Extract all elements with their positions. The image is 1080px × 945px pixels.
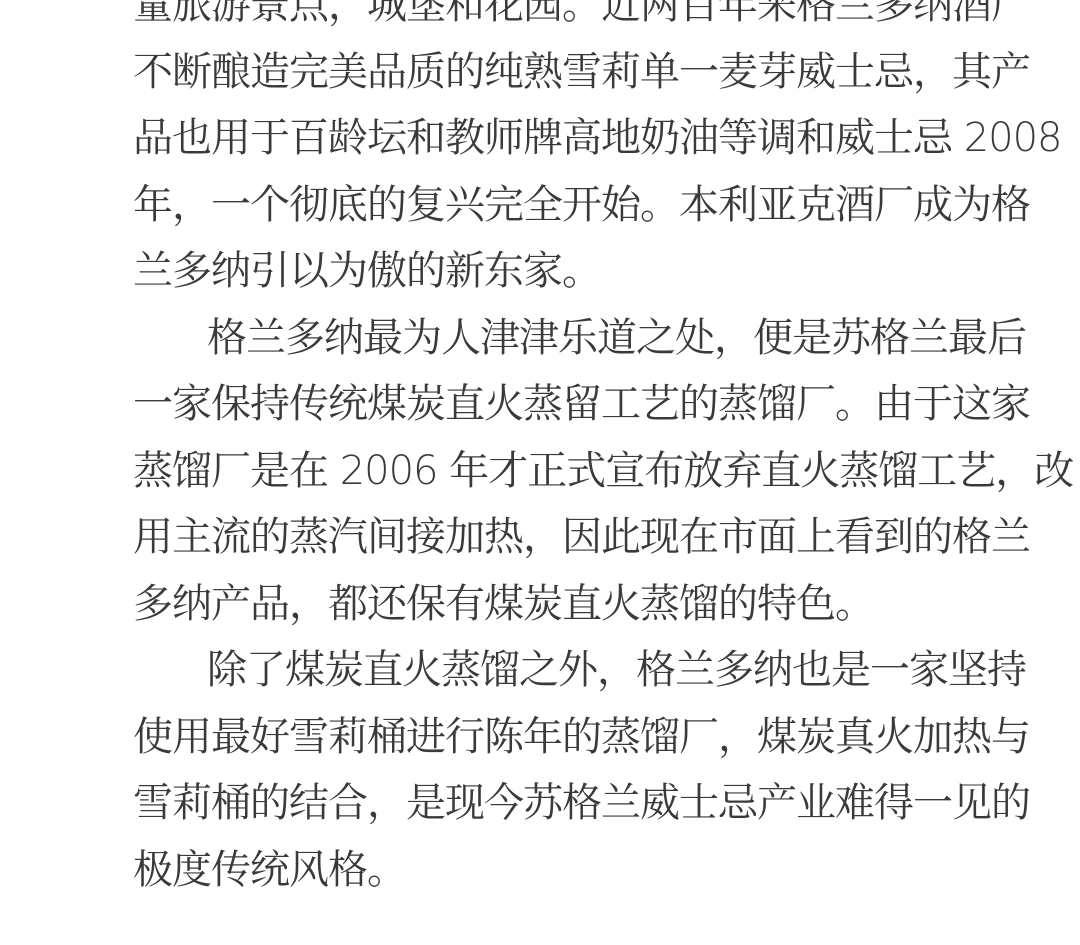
text-line: 一家保持传统煤炭直火蒸留工艺的蒸馏厂。由于这家 — [133, 371, 1043, 438]
text-line: 除了煤炭直火蒸馏之外，格兰多纳也是一家坚持 — [133, 637, 1043, 704]
ebook-page: 量旅游景点，城堡和花园。近两百年来格兰多纳酒厂不断酿造完美品质的纯熟雪莉单一麦芽… — [0, 0, 1080, 945]
text-line: 品也用于百龄坛和教师牌高地奶油等调和威士忌 2008 — [133, 105, 1043, 172]
text-line: 蒸馏厂是在 2006 年才正式宣布放弃直火蒸馏工艺，改 — [133, 438, 1043, 505]
paragraph-2: 格兰多纳最为人津津乐道之处，便是苏格兰最后一家保持传统煤炭直火蒸留工艺的蒸馏厂。… — [133, 305, 1043, 638]
text-line: 不断酿造完美品质的纯熟雪莉单一麦芽威士忌，其产 — [133, 39, 1043, 106]
text-line: 使用最好雪莉桶进行陈年的蒸馏厂，煤炭真火加热与 — [133, 704, 1043, 771]
text-line: 格兰多纳最为人津津乐道之处，便是苏格兰最后 — [133, 305, 1043, 372]
text-line: 兰多纳引以为傲的新东家。 — [133, 238, 1043, 305]
text-line: 极度传统风格。 — [133, 837, 1043, 904]
paragraph-3: 除了煤炭直火蒸馏之外，格兰多纳也是一家坚持使用最好雪莉桶进行陈年的蒸馏厂，煤炭真… — [133, 637, 1043, 903]
body-text-column: 量旅游景点，城堡和花园。近两百年来格兰多纳酒厂不断酿造完美品质的纯熟雪莉单一麦芽… — [133, 0, 1043, 903]
paragraph-1: 量旅游景点，城堡和花园。近两百年来格兰多纳酒厂不断酿造完美品质的纯熟雪莉单一麦芽… — [133, 0, 1043, 305]
text-line: 多纳产品，都还保有煤炭直火蒸馏的特色。 — [133, 571, 1043, 638]
text-line: 年，一个彻底的复兴完全开始。本利亚克酒厂成为格 — [133, 172, 1043, 239]
text-line: 量旅游景点，城堡和花园。近两百年来格兰多纳酒厂 — [133, 0, 1043, 39]
text-line: 用主流的蒸汽间接加热，因此现在市面上看到的格兰 — [133, 504, 1043, 571]
text-line: 雪莉桶的结合，是现今苏格兰威士忌产业难得一见的 — [133, 770, 1043, 837]
